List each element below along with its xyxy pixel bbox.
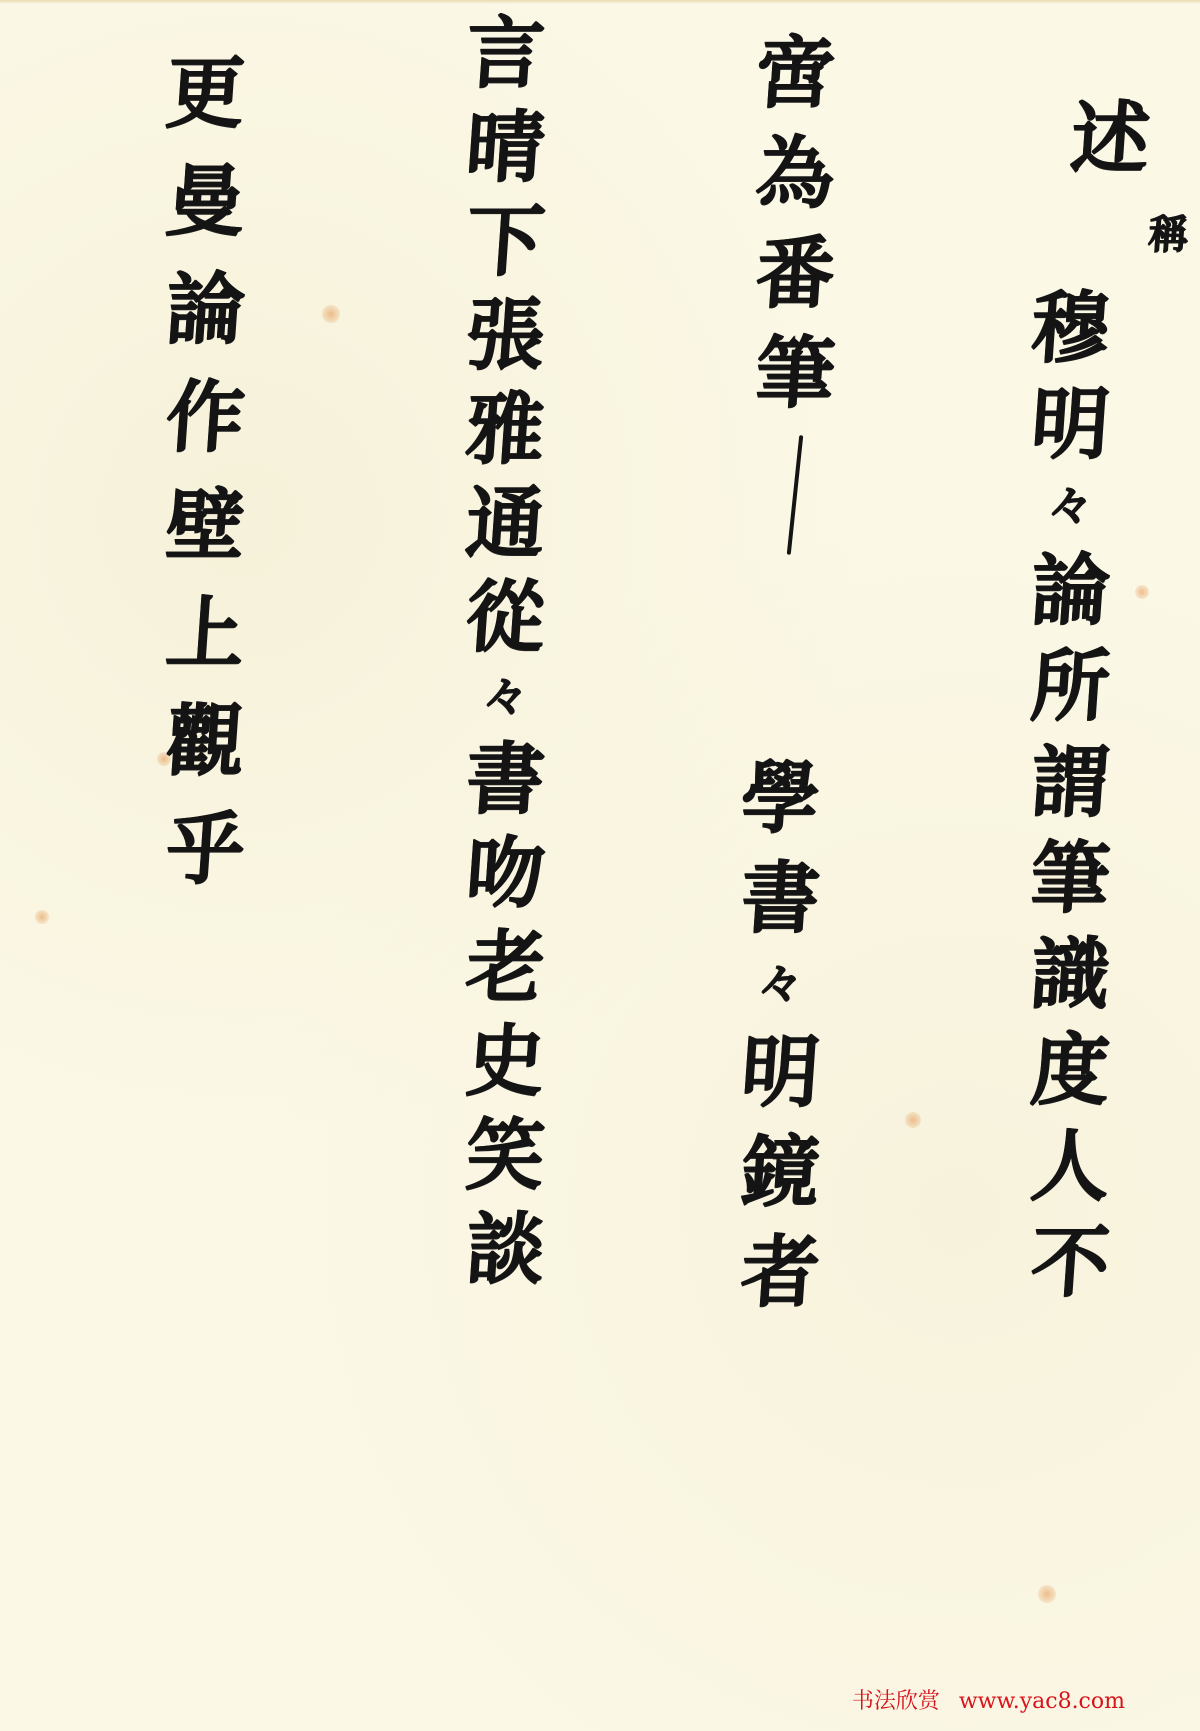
watermark-url: www.yac8.com bbox=[959, 1689, 1125, 1714]
character: 作 bbox=[163, 379, 246, 457]
character: 不 bbox=[1028, 1224, 1111, 1302]
character: 雅 bbox=[463, 391, 546, 469]
character: 學 bbox=[738, 760, 821, 838]
character: 笑 bbox=[463, 1117, 546, 1195]
calligraphy-column-1: 述 bbox=[1050, 100, 1170, 178]
character: 鏡 bbox=[738, 1134, 821, 1212]
character: 下 bbox=[463, 203, 546, 281]
character: 史 bbox=[463, 1023, 546, 1101]
character: 論 bbox=[163, 271, 246, 349]
character: 明 bbox=[738, 1034, 821, 1112]
character: 稱 bbox=[1146, 215, 1189, 255]
character: 謂 bbox=[1028, 744, 1111, 822]
character: 度 bbox=[1028, 1032, 1111, 1110]
character: 上 bbox=[163, 595, 246, 673]
character: 述 bbox=[1068, 100, 1151, 178]
character: 壁 bbox=[163, 487, 246, 565]
paper-stain bbox=[1038, 1585, 1056, 1603]
paper-stain bbox=[35, 910, 49, 924]
character: 談 bbox=[463, 1211, 546, 1289]
brush-tail-stroke bbox=[787, 435, 804, 555]
character: 書 bbox=[463, 741, 546, 819]
character: 人 bbox=[1028, 1128, 1111, 1206]
paper-stain bbox=[905, 1112, 921, 1128]
character: 穆 bbox=[1028, 290, 1111, 368]
character: 吻 bbox=[463, 835, 546, 913]
calligraphy-column-4: 更 曼 論 作 壁 上 觀 乎 bbox=[130, 55, 280, 889]
character: 乎 bbox=[163, 811, 246, 889]
character: 從 bbox=[463, 579, 546, 657]
watermark-site-name: 书法欣赏 bbox=[852, 1689, 940, 1714]
character: 言 bbox=[463, 15, 546, 93]
character: 筆 bbox=[1028, 840, 1111, 918]
character: 識 bbox=[1028, 936, 1111, 1014]
character: 更 bbox=[163, 55, 246, 133]
repeat-mark: 々 bbox=[1045, 482, 1095, 534]
character: 書 bbox=[738, 860, 821, 938]
character: 論 bbox=[1028, 552, 1111, 630]
repeat-mark: 々 bbox=[480, 673, 530, 725]
calligraphy-column-2: 啻 為 番 筆 bbox=[720, 35, 870, 555]
calligraphy-column-2-lower: 學 書 々 明 鏡 者 bbox=[705, 760, 855, 1312]
character: 所 bbox=[1028, 648, 1111, 726]
character: 番 bbox=[753, 235, 836, 313]
character: 張 bbox=[463, 297, 546, 375]
paper-stain bbox=[322, 305, 340, 323]
character: 筆 bbox=[753, 335, 836, 413]
calligraphy-column-3: 言 晴 下 張 雅 通 從 々 書 吻 老 史 笑 談 bbox=[430, 15, 580, 1289]
character: 啻 bbox=[753, 35, 836, 113]
calligraphy-column-1-body: 穆 明 々 論 所 謂 筆 識 度 人 不 bbox=[1000, 290, 1140, 1302]
character: 老 bbox=[463, 929, 546, 1007]
character: 觀 bbox=[163, 703, 246, 781]
repeat-mark: 々 bbox=[755, 960, 805, 1012]
calligraphy-column-1-heading: 稱 bbox=[1135, 215, 1200, 255]
character: 通 bbox=[463, 485, 546, 563]
watermark: 书法欣赏 www.yac8.com bbox=[852, 1684, 1125, 1715]
character: 者 bbox=[738, 1234, 821, 1312]
character: 明 bbox=[1028, 386, 1111, 464]
character: 為 bbox=[753, 135, 836, 213]
character: 晴 bbox=[463, 109, 546, 187]
paper-top-edge bbox=[0, 0, 1200, 4]
character: 曼 bbox=[163, 163, 246, 241]
